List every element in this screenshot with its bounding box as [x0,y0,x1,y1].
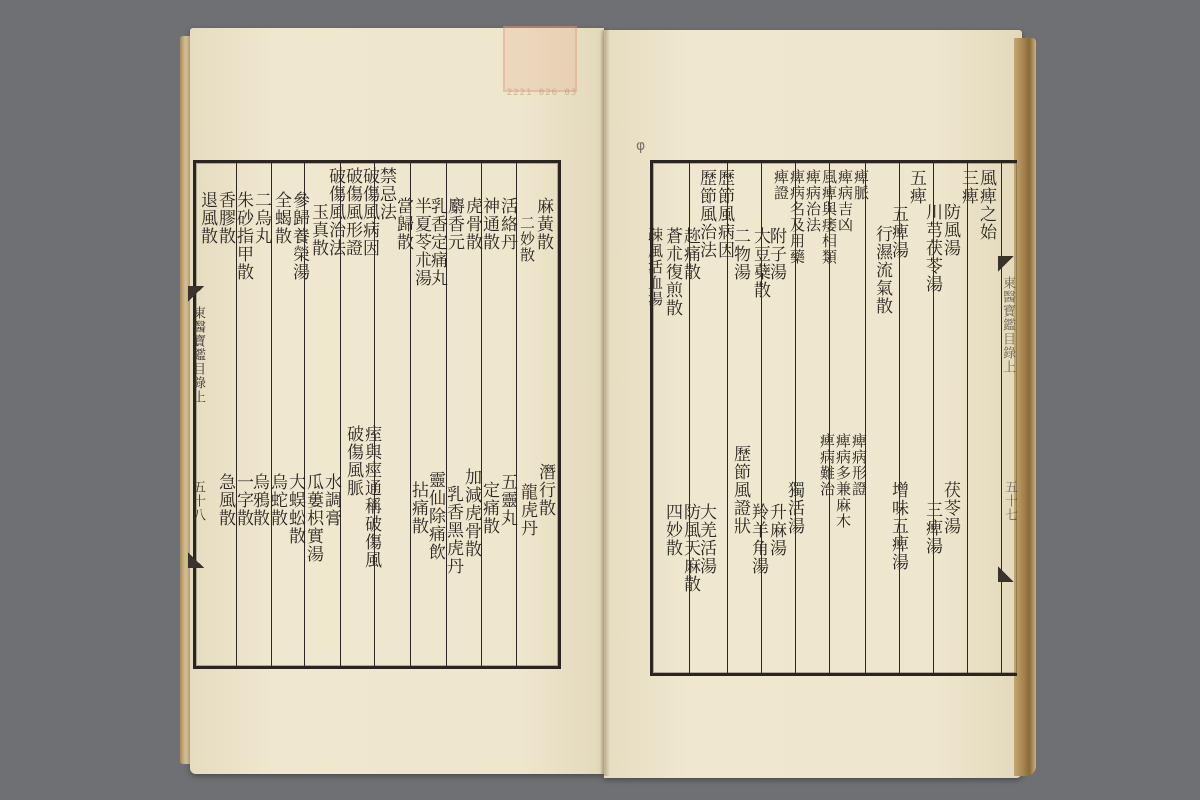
entry: 趂痛散 [680,227,699,281]
entry: 疎風活血湯 [646,227,663,307]
entry: 烏蛇散 [267,473,286,527]
entry: 增味五痺湯 [888,481,907,571]
entry: 行濕流氣散 [872,225,891,315]
right-page-edge [1014,38,1036,776]
entry: 五靈丸 [497,473,516,527]
entry: 羚羊角湯 [748,503,767,575]
right-text-frame: 風痺之始 三痺 防風湯 川芎茯苓湯 五痺 五痺湯 行濕流氣散 痺脈 痺病吉凶 風… [650,160,1017,676]
fish-tail-ornament [998,256,1014,272]
entry: 加減虎骨散 [461,468,480,558]
entry: 痺病難治 [818,433,835,497]
entry: 拈痛散 [408,481,427,535]
entry: 五痺 [906,169,925,205]
entry: 二妙散 [518,215,535,263]
entry: 瓜蔞枳實湯 [303,473,322,563]
pencil-mark: φ [636,138,645,154]
entry: 定痛散 [479,481,498,535]
entry: 獨活湯 [784,481,803,535]
entry: 半夏苓朮湯 [411,197,430,287]
entry: 香膠散 [215,191,234,245]
entry: 歷節風證狀 [730,445,749,535]
entry: 活絡丹 [497,197,516,251]
fish-tail-ornament [998,566,1014,582]
entry: 朱砂指甲散 [233,191,252,281]
entry: 急風散 [215,473,234,527]
right-margin-title: 東醫寶鑑目錄上 [998,276,1017,374]
entry: 虎骨散 [462,197,481,251]
left-margin-title: 東醫寶鑑目錄上 [188,306,207,404]
entry: 玉真散 [308,203,327,257]
entry: 痺脈 [852,169,869,201]
entry: 乳香黑虎丹 [443,485,462,575]
entry: 痺病形證 [850,433,867,497]
library-stamp [503,26,577,92]
entry: 痓與痙通稱破傷風 [361,425,380,569]
entry: 茯苓湯 [940,481,959,535]
entry: 痺證 [772,169,789,201]
entry: 痺病多兼麻木 [834,433,851,529]
entry: 歷節風病因 [714,169,733,259]
entry: 全蝎散 [271,191,290,245]
entry: 風痺與痿相類 [820,169,837,265]
left-text-frame: 麻黃散 二妙散 活絡丹 神通散 虎骨散 麝香元 乳香定痛丸 半夏苓朮湯 當歸散 … [193,160,561,669]
entry: 防風天麻散 [680,503,699,593]
entry: 一字散 [233,473,252,527]
entry: 潛行散 [535,463,554,517]
entry: 水調膏 [321,473,340,527]
fish-tail-ornament [188,552,204,568]
entry: 退風散 [197,191,216,245]
entry: 三痺 [958,169,977,205]
right-page-number: 五十七 [1000,480,1019,522]
book-gutter [600,30,610,776]
entry: 痺病名及用藥 [788,169,805,265]
entry: 川芎茯苓湯 [922,203,941,293]
fish-tail-ornament [188,286,204,302]
entry: 風痺之始 [976,169,995,241]
entry: 防風湯 [940,203,959,257]
book-spread: 2221 026 03 φ 麻黃散 二妙散 活絡丹 神通散 虎骨散 麝香元 乳香… [0,0,1200,800]
entry: 大豆蘗散 [750,227,769,299]
entry: 痺病吉凶 [836,169,853,233]
entry: 升麻湯 [766,503,785,557]
entry: 破傷風脈 [343,425,362,497]
entry: 參歸養榮湯 [289,191,308,281]
entry: 痺病治法 [804,169,821,233]
left-page-number: 五十八 [188,480,207,522]
stamp-caption: 2221 026 03 [497,88,587,100]
entry: 三痺湯 [922,501,941,555]
entry: 四妙散 [662,503,681,557]
entry: 大蜈蚣散 [285,473,304,545]
entry: 龍虎丹 [517,483,536,537]
entry: 蒼朮復煎散 [662,227,681,317]
entry: 二烏丸 [251,191,270,245]
